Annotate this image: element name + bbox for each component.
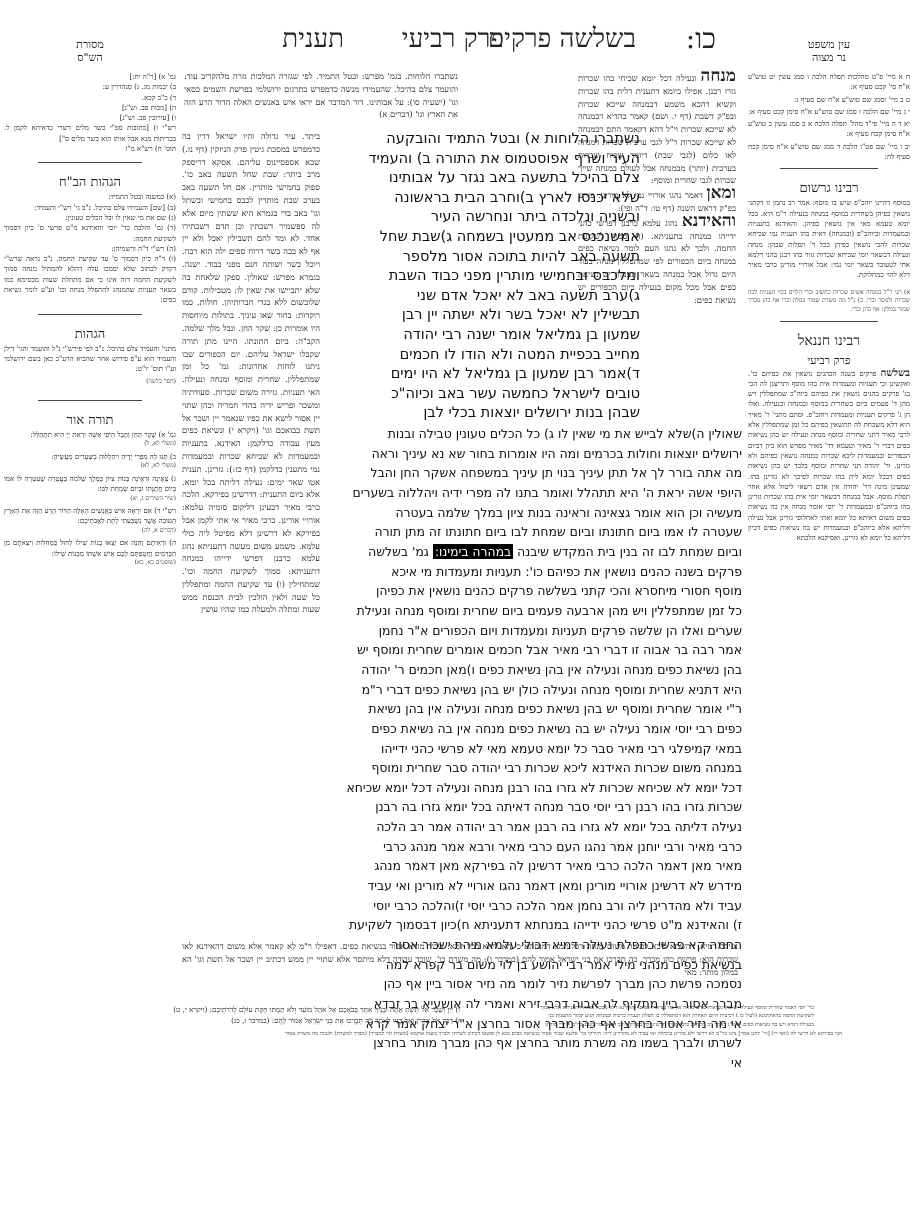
gemara-line: שמעון בן גמליאל אומר ישנה רבי יהודה bbox=[340, 326, 640, 346]
tosafot-lead: והאידנא bbox=[682, 211, 736, 231]
torah-ohr-source: (שיר השירים ג, יא) bbox=[4, 495, 176, 504]
gemara-line: תבשילין לא יאכל בשר ולא ישתה יין רבן bbox=[340, 306, 640, 326]
hashas-title: הש"ס bbox=[4, 51, 176, 64]
gemara-line: תשעה באב להיות בתוכה אסור מלספר bbox=[340, 248, 640, 268]
gemara-line: שעטרה לו אמו ביום חתונתו וביום שמחת לבו … bbox=[324, 522, 742, 542]
gemara-mishnah-block: נשתברו הלוחות א) ובטל התמיד והובקעה העיר… bbox=[340, 130, 640, 424]
gemara-line: שאולין ה)שלא לבייש את מי שאין לו ג) כל ה… bbox=[324, 424, 742, 444]
gemara-text: גמ' בשלשה bbox=[368, 544, 429, 559]
gemara-line: ירושלים יוצאות וחולות בכרמים ומה היו אומ… bbox=[324, 444, 742, 464]
torah-ohr-entry: ב) תְּנוּ לָהּ מִפְּרִי יָדֶיהָ וִיהַלְל… bbox=[4, 452, 176, 471]
ner-mitzvah-title: נר מצוה bbox=[748, 51, 910, 64]
hagahot-habach-entry: (ו) ד"ה כיון דסמוך ס' עד שקיעת החמה. נ"ב… bbox=[4, 254, 176, 305]
torah-ohr-verse: ג) צְאֶינָה וּרְאֶינָה בְּנוֹת צִיּוֹן ב… bbox=[4, 474, 176, 495]
rabbeinu-gershom-text: במוסף דהיינו יוהכ"פ שיש בו מוסף: אמר רב … bbox=[748, 198, 910, 280]
tractate-name: תענית bbox=[282, 26, 344, 52]
rabbeinu-gershom-title: רבינו גרשום bbox=[748, 180, 910, 196]
gemara-line: ז) והאידנא מ"ט פרשי כהני ידייהו במנחתא ד… bbox=[324, 915, 742, 935]
rashi-column: ביתר. עיר גדולה והיו ישראל דרין בה כדמפר… bbox=[182, 130, 320, 875]
mesoret-entry: תוס' ח) רש"א מ"ז bbox=[4, 144, 176, 154]
hagahot-text: מתני' והעמיד צלם בהיכל. נ"ב לפי פירש"י נ… bbox=[4, 344, 176, 375]
gemara-line: אמשנכנס אב ממעטין בשמחה ג)שבת שחל bbox=[340, 228, 640, 248]
chapter-number: פרק רביעי bbox=[402, 26, 504, 52]
gemara-line: כל זמן שמתפללין ויש מהן ארבעה פעמים ביום… bbox=[324, 601, 742, 621]
gemara-line: עביד ולא מהדרינן ליה ורב נחמן אמר הלכה כ… bbox=[324, 896, 742, 916]
mesoret-entry: ה) [מכות פב. וש"נ] bbox=[4, 103, 176, 113]
gemara-line: כפים רבי יוסי אומר נעילה יש בה נשיאת כפי… bbox=[324, 719, 742, 739]
gemara-line: מחייב בכפיית המטה ולא הודו לו חכמים bbox=[340, 346, 640, 366]
left-margin-column: מסורת הש"ס גמ' א) [ר"ה יח:] ב) יבמות מג.… bbox=[4, 38, 176, 567]
gemara-line: במאי קמיפלגי רבי מאיר סבר כל יומא טעמא מ… bbox=[324, 739, 742, 759]
gemara-line: אמר רבה בר אבוה זו דברי רבי מאיר אבל חכמ… bbox=[324, 640, 742, 660]
rabbeinu-chananel-lead: בשלשה bbox=[881, 368, 910, 379]
hagahot-note: (חסר בלשה) bbox=[4, 378, 176, 387]
gemara-line-highlight: וביום שמחת לבו זה בנין בית המקדש שיבנה ב… bbox=[324, 542, 742, 562]
mesoret-title: מסורת bbox=[4, 38, 176, 51]
footnotes-right: א) תני ר"ל במנחה אשים שכרות כחשוב וכרי ה… bbox=[748, 289, 910, 315]
torah-ohr-source: (דברים א, לה) bbox=[4, 527, 176, 536]
section-divider bbox=[748, 321, 910, 329]
ein-mishpat-entry: יא ד ה מיי' פי"ד מהל' תפלה הלכה א ב סמג … bbox=[748, 119, 910, 140]
torah-ohr-verse: רש"י ד) אִם יִרְאֶה אִישׁ בָּאֲנָשִׁים ה… bbox=[4, 506, 176, 527]
gemara-line: אי bbox=[324, 1053, 742, 1073]
gemara-line: מעשיה וכן הוא אומר גצאינה וראינה בנות צי… bbox=[324, 503, 742, 523]
ein-mishpat-entry: ט ב מיי' וסמג שם טוש"ע א"ח שם סעיף ג: bbox=[748, 95, 910, 105]
bottom-notes: כר' יוסי דאמר שחרית ומוסף ונעילה יש בהן … bbox=[468, 1004, 814, 1029]
gemara-line: מוסף חסורי מיחסרא והכי קתני בשלשה פרקים … bbox=[324, 581, 742, 601]
gemara-line: טובים לישראל כחמשה עשר באב וכיוה"כ bbox=[340, 385, 640, 405]
gemara-line: שערים ואלו הן שלשה פרקים תעניות ומעמדות … bbox=[324, 621, 742, 641]
torah-ohr-verse: ב) תְּנוּ לָהּ מִפְּרִי יָדֶיהָ וִיהַלְל… bbox=[4, 452, 176, 462]
section-divider bbox=[4, 162, 176, 170]
bottom-note-line: כר' יוסי דאמר שחרית ומוסף ונעילה יש בהן … bbox=[468, 1004, 814, 1012]
rabbeinu-chananel-body: פרקים בשנה הכהנים נושאין את כפיהם כו'. ו… bbox=[748, 370, 910, 543]
rashi-bottom: נעילה דמיא. דהשתא ליכא למיגזר משום מנחה … bbox=[182, 940, 738, 978]
mishnah-end-highlight: במהרה בימינו: bbox=[433, 544, 513, 559]
hagahot-title: הגהות bbox=[4, 326, 176, 342]
hagahot-habach-entry: (א) במשנה ובטל התמיד: bbox=[4, 192, 176, 202]
gemara-line: היופי אשה יראת ה' היא תתהלל ואומר בתנו ל… bbox=[324, 483, 742, 503]
torah-ohr-source: (משלי לא, ל) bbox=[4, 440, 176, 449]
torah-ohr-entry: ג) צְאֶינָה וּרְאֶינָה בְּנוֹת צִיּוֹן ב… bbox=[4, 474, 176, 503]
torah-ohr-entry: ה) וּרְאִיתֶם וְהִנֵּה אִם יֵצְאוּ בְנוֹ… bbox=[4, 538, 176, 567]
rashi-intro: נשתברו הלוחות. בגמ' מפרש: ובטל התמיד. לפ… bbox=[184, 70, 458, 121]
ein-mishpat-title: עין משפט bbox=[748, 38, 910, 51]
gemara-line: העיר ושרף אפוסטמוס את התורה ב) והעמיד bbox=[340, 150, 640, 170]
bottom-note-line: לשקיעת החמה כדאוקימנא (לעיל כו.) דכיעית … bbox=[468, 1012, 814, 1020]
gemara-line: בהן נשיאת כפים מנחה ונעילה אין בהן נשיאת… bbox=[324, 660, 742, 680]
gemara-line: נעילה דליתה בכל יומא לא גזרו בה רבנן אמר… bbox=[324, 817, 742, 837]
rabbeinu-chananel-title: רבינו חננאל bbox=[748, 333, 910, 350]
hagahot-habach-entry: (ג) שם את מי שאין לו וכל הכלים טעונין: bbox=[4, 213, 176, 223]
gemara-line: מאיר מאן דאמר הלכה כרבי מאיר דרשינן לה ב… bbox=[324, 856, 742, 876]
torah-ohr-source: (שופטים כא, כא) bbox=[4, 559, 176, 568]
gemara-line: צלם בהיכל בתשעה באב נגזר על אבותינו bbox=[340, 169, 640, 189]
gemara-line: שכרות גזרו בהו רבנן רבי יוסי סבר מנחה דא… bbox=[324, 797, 742, 817]
hagahot-habach-title: הגהות הב"ח bbox=[4, 174, 176, 190]
hagahot-habach-entry: (ה) רש"י ד"ה ורשמיהן: bbox=[4, 244, 176, 254]
gemara-line: ר"י אומר שחרית ומוסף יש בהן נשיאת כפים מ… bbox=[324, 699, 742, 719]
rabbeinu-chananel-subtitle: פרק רביעי bbox=[748, 354, 910, 367]
torah-ohr-verse: גמ' א) שֶׁקֶר הַחֵן וְהֶבֶל הַיֹּפִי אִש… bbox=[4, 430, 176, 440]
ein-mishpat-entry: ח א מיי' פ"ט מהלכות תפלה הלכה ו סמג עשין… bbox=[748, 72, 910, 93]
gemara-line: דכל יומא לא שכיחא שכרות לא גזרו בהו רבנן… bbox=[324, 778, 742, 798]
bottom-verse: ז) דַּבֵּר אֶל אַהֲרֹן וְאֶל בָּנָיו לֵא… bbox=[40, 1015, 460, 1026]
mesoret-entry: ד) כ"ב קכא. bbox=[4, 93, 176, 103]
torah-ohr-entry: רש"י ד) אִם יִרְאֶה אִישׁ בָּאֲנָשִׁים ה… bbox=[4, 506, 176, 535]
mesoret-entry: ו) [עירובין פב. וש"נ] bbox=[4, 113, 176, 123]
tosafot-lead: ומאן bbox=[706, 183, 736, 203]
bottom-verse: ו) יַיִן וְשֵׁכָר אַל תֵּשְׁתְּ אַתָּה ו… bbox=[40, 1004, 460, 1015]
gemara-line: ד)אמר רבן שמעון בן גמליאל לא היו ימים bbox=[340, 365, 640, 385]
gemara-line: שבהן בנות ירושלים יוצאות בכלי לבן bbox=[340, 404, 640, 424]
gemara-line: היא דתניא שחרית ומוסף מנחה ונעילה כולן י… bbox=[324, 680, 742, 700]
gemara-line: במנחה משום שכרות האידנא ליכא שכרות רבי י… bbox=[324, 758, 742, 778]
chapter-title: בשלשה פרקים bbox=[488, 26, 636, 52]
torah-ohr-verse: ה) וּרְאִיתֶם וְהִנֵּה אִם יֵצְאוּ בְנוֹ… bbox=[4, 538, 176, 559]
torah-ohr-source: (משלי לא, לא) bbox=[4, 462, 176, 471]
tosafot-lead: מנחה bbox=[701, 66, 736, 86]
mesoret-entry: גמ' א) [ר"ה יח:] bbox=[4, 72, 176, 82]
rabbeinu-chananel-text: בשלשה פרקים בשנה הכהנים נושאין את כפיהם … bbox=[748, 369, 910, 544]
torah-ohr-entry: גמ' א) שֶׁקֶר הַחֵן וְהֶבֶל הַיֹּפִי אִש… bbox=[4, 430, 176, 449]
gemara-line: שלא יכנסו לארץ ב)וחרב הבית בראשונה bbox=[340, 189, 640, 209]
gemara-line: מידרש לא דרשינן אורויי מורינן ומאן דאמר … bbox=[324, 876, 742, 896]
bottom-verses: ו) יַיִן וְשֵׁכָר אַל תֵּשְׁתְּ אַתָּה ו… bbox=[40, 1004, 460, 1026]
gemara-line: מה אתה בורר לך אל תתן עיניך בנוי תן עיני… bbox=[324, 463, 742, 483]
section-divider bbox=[4, 314, 176, 322]
gemara-line: ומלכבס ובחמישי מותרין מפני כבוד השבת bbox=[340, 267, 640, 287]
gemara-line: ג)ערב תשעה באב לא יאכל אדם שני bbox=[340, 287, 640, 307]
gemara-line: כרבי מאיר ורבי יוחנן אמר נהגו העם כרבי מ… bbox=[324, 837, 742, 857]
hagahot-habach-entry: (ד) גמ' והלכה כר' יוסי והאידנא מ"ט פרשי … bbox=[4, 223, 176, 244]
bottom-note-line: בנעילה דמיא ויש בה נשיאות כפים. ואע"ג דא… bbox=[468, 1021, 814, 1029]
ein-mishpat-entry: יב ו מיי' שם פט"ו הלכה ד סמג שם טוש"ע א"… bbox=[748, 142, 910, 163]
bottom-note-wide: הכי בפירקא לא דרשי לה (ואף רי) [ור' יוחנ… bbox=[72, 1030, 842, 1038]
section-divider bbox=[748, 168, 910, 176]
mesoret-entry: רש"י ז) [כתובות ספ"י כשר מלים דשרי כדאית… bbox=[4, 123, 176, 144]
gemara-text: וביום שמחת לבו זה בנין בית המקדש שיבנה bbox=[517, 544, 742, 559]
hagahot-habach-entry: (ב) [שם] והעמידו צלם בהיכל. נ"ב גי' רש"י… bbox=[4, 203, 176, 213]
torah-ohr-title: תורה אור bbox=[4, 412, 176, 428]
section-divider bbox=[4, 400, 176, 408]
ein-mishpat-column: עין משפט נר מצוה ח א מיי' פ"ט מהלכות תפל… bbox=[748, 38, 910, 544]
gemara-line: ובשניה ונלכדה ביתר ונחרשה העיר bbox=[340, 208, 640, 228]
gemara-line: נשתברו הלוחות א) ובטל התמיד והובקעה bbox=[340, 130, 640, 150]
gemara-line: פרקים בשנה כהנים נושאין את כפיהם כו': תע… bbox=[324, 562, 742, 582]
ein-mishpat-entry: י ג מיי' שם הלכה ז סמג שם טוש"ע א"ח סימן… bbox=[748, 107, 910, 117]
mesoret-entry: ב) יבמות מג. ג) סנהדרין ע: bbox=[4, 82, 176, 92]
page-number: כו: bbox=[686, 26, 716, 52]
